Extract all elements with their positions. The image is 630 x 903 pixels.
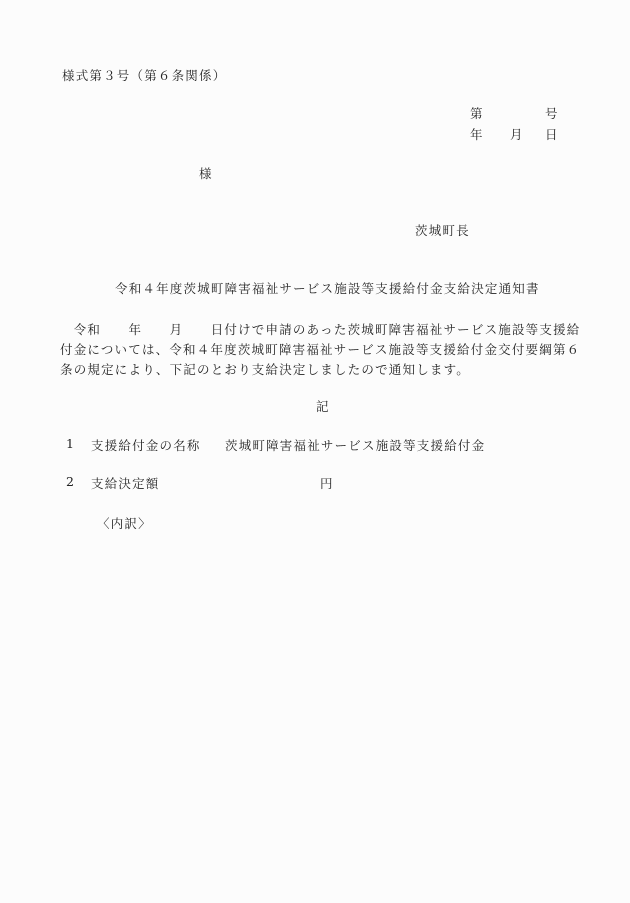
body-paragraph: 令和 年 月 日付けで申請のあった茨城町障害福祉サービス施設等支援給 付金につい… — [60, 320, 590, 380]
date-year: 年 — [470, 125, 484, 143]
date-day: 日 — [545, 125, 559, 143]
date-month: 月 — [510, 125, 524, 143]
body-line: 付金については、令和４年度茨城町障害福祉サービス施設等支援給付金交付要綱第６ — [60, 340, 590, 360]
number-prefix: 第 — [470, 104, 484, 122]
amount-unit: 円 — [320, 474, 334, 492]
document-title: 令和４年度茨城町障害福祉サービス施設等支援給付金支給決定通知書 — [115, 279, 540, 297]
sender-title: 茨城町長 — [415, 221, 470, 239]
item-label: 支援給付金の名称 — [91, 436, 201, 454]
item-value: 茨城町障害福祉サービス施設等支援給付金 — [225, 436, 485, 454]
item-number: 2 — [66, 474, 75, 489]
item-label: 支給決定額 — [91, 474, 160, 492]
ki-heading: 記 — [316, 397, 330, 415]
body-line: 条の規定により、下記のとおり支給決定しましたので通知します。 — [60, 360, 590, 380]
form-label: 様式第３号（第６条関係） — [62, 66, 226, 84]
breakdown-label: 〈内訳〉 — [97, 514, 152, 532]
body-line: 令和 年 月 日付けで申請のあった茨城町障害福祉サービス施設等支援給 — [60, 320, 590, 340]
item-number: 1 — [66, 436, 75, 451]
recipient-honorific: 様 — [199, 164, 213, 182]
number-suffix: 号 — [545, 104, 559, 122]
